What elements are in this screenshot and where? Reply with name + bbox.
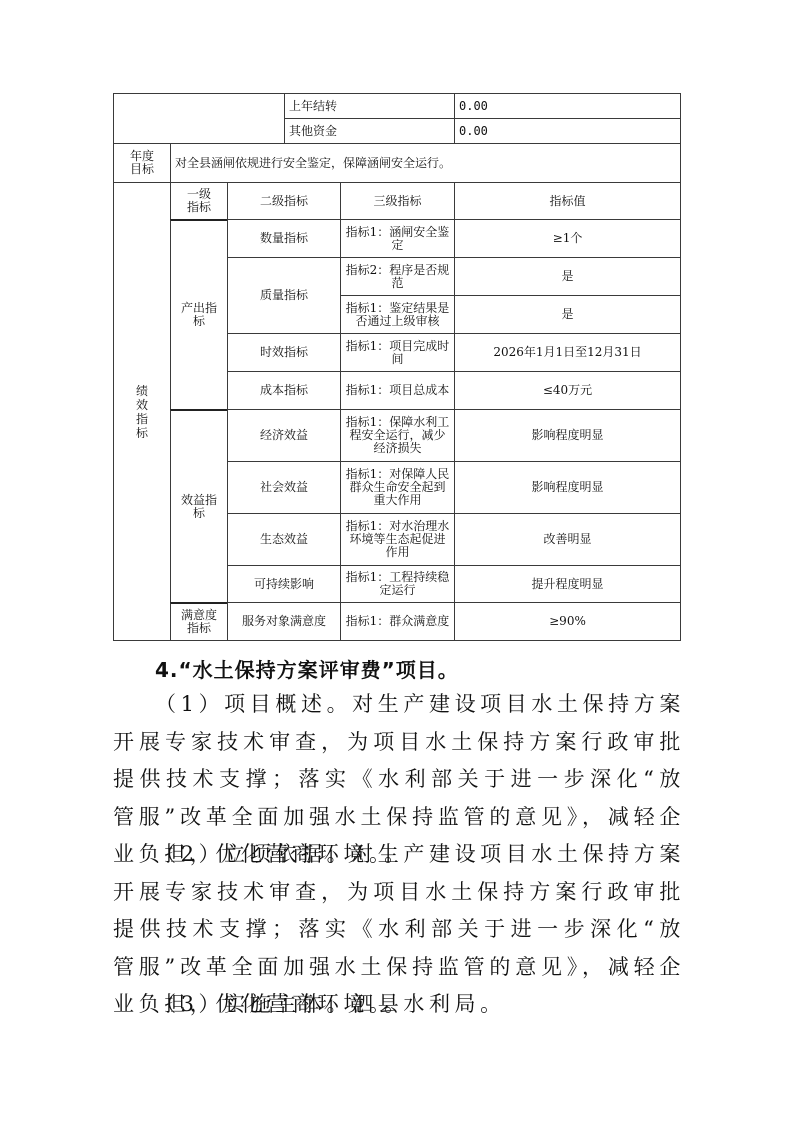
funding-blank-cell: [113, 93, 285, 144]
header-level2: 二级指标: [227, 182, 341, 220]
value-quality-review: 是: [454, 295, 681, 334]
level2-economic: 经济效益: [227, 409, 341, 462]
annual-goal-text: 对全县涵闸依规进行安全鉴定，保障涵闸安全运行。: [170, 143, 681, 183]
value-quantity: ≥1个: [454, 219, 681, 258]
value-satisfaction: ≥90%: [454, 602, 681, 641]
level2-timeliness: 时效指标: [227, 333, 341, 372]
value-social: 影响程度明显: [454, 461, 681, 514]
performance-indicators-label: 绩效指标: [113, 182, 171, 641]
benefit-indicators-label: 效益指标: [170, 409, 228, 603]
level3-quality-review: 指标1：鉴定结果是否通过上级审核: [340, 295, 455, 334]
paragraph-implementer: （3）实施主体。泗县水利局。: [113, 986, 685, 1024]
level3-quality-procedure: 指标2：程序是否规范: [340, 257, 455, 296]
value-timeliness: 2026年1月1日至12月31日: [454, 333, 681, 372]
level2-cost: 成本指标: [227, 371, 341, 410]
level3-sustainability: 指标1：工程持续稳定运行: [340, 565, 455, 603]
header-value: 指标值: [454, 182, 681, 220]
level2-ecological: 生态效益: [227, 513, 341, 566]
value-ecological: 改善明显: [454, 513, 681, 566]
level2-social: 社会效益: [227, 461, 341, 514]
value-economic: 影响程度明显: [454, 409, 681, 462]
level3-timeliness: 指标1：项目完成时间: [340, 333, 455, 372]
level2-satisfaction: 服务对象满意度: [227, 602, 341, 641]
level3-ecological: 指标1：对水治理水环境等生态起促进作用: [340, 513, 455, 566]
level3-economic: 指标1：保障水利工程安全运行，减少经济损失: [340, 409, 455, 462]
funding-label-other: 其他资金: [284, 118, 455, 144]
header-level3: 三级指标: [340, 182, 455, 220]
value-quality-procedure: 是: [454, 257, 681, 296]
level3-social: 指标1：对保障人民群众生命安全起到重大作用: [340, 461, 455, 514]
header-level1: 一级指标: [170, 182, 228, 220]
level3-cost: 指标1：项目总成本: [340, 371, 455, 410]
level3-satisfaction: 指标1：群众满意度: [340, 602, 455, 641]
output-indicators-label: 产出指标: [170, 219, 228, 410]
satisfaction-indicators-label: 满意度指标: [170, 602, 228, 641]
annual-goal-label: 年度目标: [113, 143, 171, 183]
value-cost: ≤40万元: [454, 371, 681, 410]
section-heading: 4.“水土保持方案评审费”项目。: [155, 654, 459, 683]
funding-value-carryover: 0.00: [454, 93, 681, 119]
level2-sustainability: 可持续影响: [227, 565, 341, 603]
value-sustainability: 提升程度明显: [454, 565, 681, 603]
funding-label-carryover: 上年结转: [284, 93, 455, 119]
funding-value-other: 0.00: [454, 118, 681, 144]
level2-quality: 质量指标: [227, 257, 341, 334]
level2-quantity: 数量指标: [227, 219, 341, 258]
level3-quantity: 指标1：涵闸安全鉴定: [340, 219, 455, 258]
